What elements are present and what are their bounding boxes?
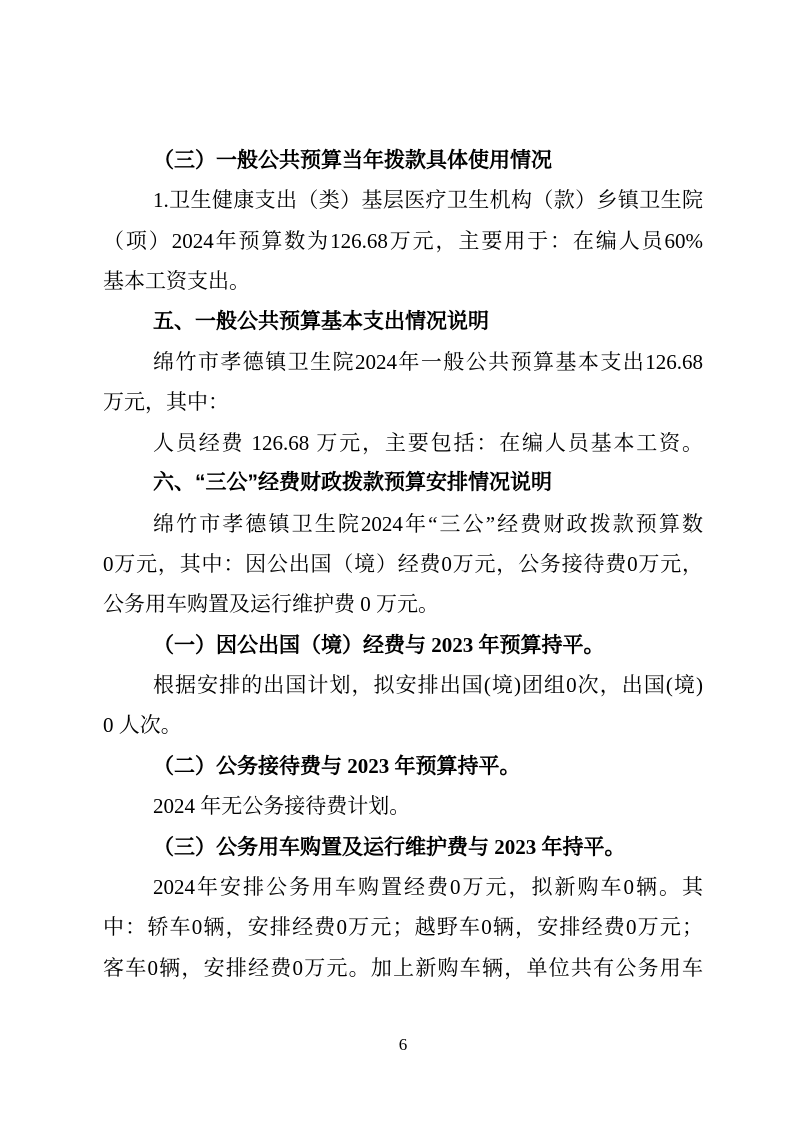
- section-heading: 五、一般公共预算基本支出情况说明: [103, 302, 703, 342]
- section-heading: 六、“三公”经费财政拨款预算安排情况说明: [103, 463, 703, 503]
- section-heading: （三）公务用车购置及运行维护费与 2023 年持平。: [103, 827, 703, 867]
- paragraph-line: 绵竹市孝德镇卫生院2024年“三公”经费财政拨款预算数: [103, 504, 703, 544]
- paragraph-line: 万元，其中：: [103, 382, 703, 422]
- paragraph-line: 0 人次。: [103, 705, 703, 745]
- section-heading: （三）一般公共预算当年拨款具体使用情况: [103, 140, 703, 180]
- paragraph-line: 中：轿车0辆，安排经费0万元；越野车0辆，安排经费0万元；: [103, 907, 703, 947]
- paragraph-line: 2024 年无公务接待费计划。: [103, 786, 703, 826]
- section-heading: （二）公务接待费与 2023 年预算持平。: [103, 746, 703, 786]
- page-number: 6: [103, 1034, 703, 1056]
- paragraph-line: 公务用车购置及运行维护费 0 万元。: [103, 584, 703, 624]
- paragraph-line: （项）2024年预算数为126.68万元，主要用于：在编人员60%: [103, 221, 703, 261]
- paragraph-line: 根据安排的出国计划，拟安排出国(境)团组0次，出国(境): [103, 665, 703, 705]
- paragraph-line: 0万元，其中：因公出国（境）经费0万元，公务接待费0万元，: [103, 544, 703, 584]
- document-page: （三）一般公共预算当年拨款具体使用情况1.卫生健康支出（类）基层医疗卫生机构（款…: [0, 0, 793, 1122]
- paragraph-line: 1.卫生健康支出（类）基层医疗卫生机构（款）乡镇卫生院: [103, 180, 703, 220]
- paragraph-line: 客车0辆，安排经费0万元。加上新购车辆，单位共有公务用车: [103, 948, 703, 988]
- paragraph-line: 人员经费 126.68 万元，主要包括：在编人员基本工资。: [103, 423, 703, 463]
- paragraph-line: 2024年安排公务用车购置经费0万元，拟新购车0辆。其: [103, 867, 703, 907]
- paragraph-line: 绵竹市孝德镇卫生院2024年一般公共预算基本支出126.68: [103, 342, 703, 382]
- paragraph-line: 基本工资支出。: [103, 261, 703, 301]
- section-heading: （一）因公出国（境）经费与 2023 年预算持平。: [103, 625, 703, 665]
- document-body: （三）一般公共预算当年拨款具体使用情况1.卫生健康支出（类）基层医疗卫生机构（款…: [103, 140, 703, 988]
